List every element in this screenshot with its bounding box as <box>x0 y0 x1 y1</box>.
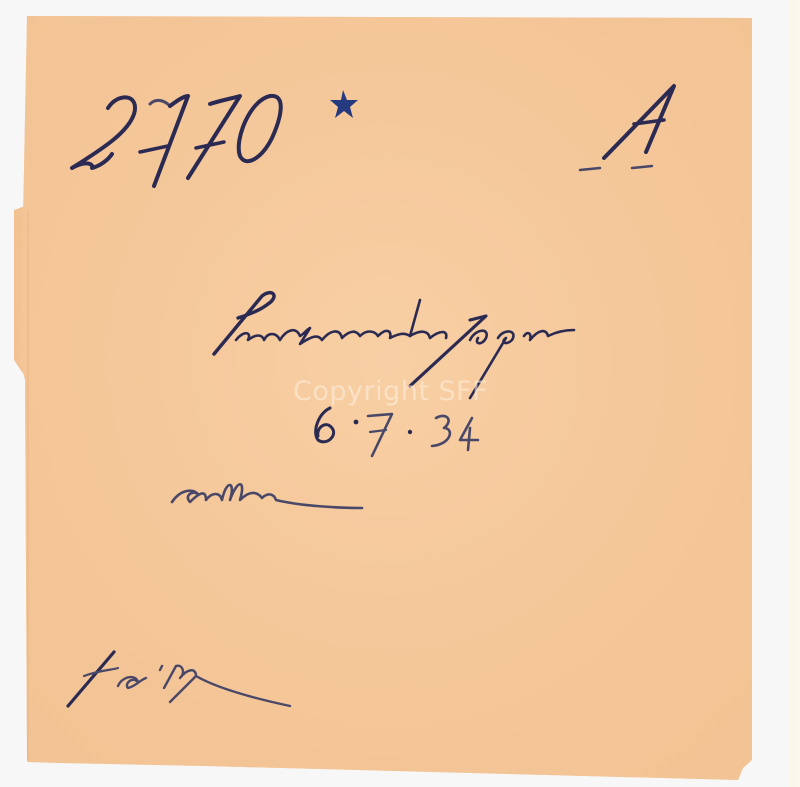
scanned-envelope <box>0 0 800 787</box>
paper-shading <box>20 16 752 780</box>
